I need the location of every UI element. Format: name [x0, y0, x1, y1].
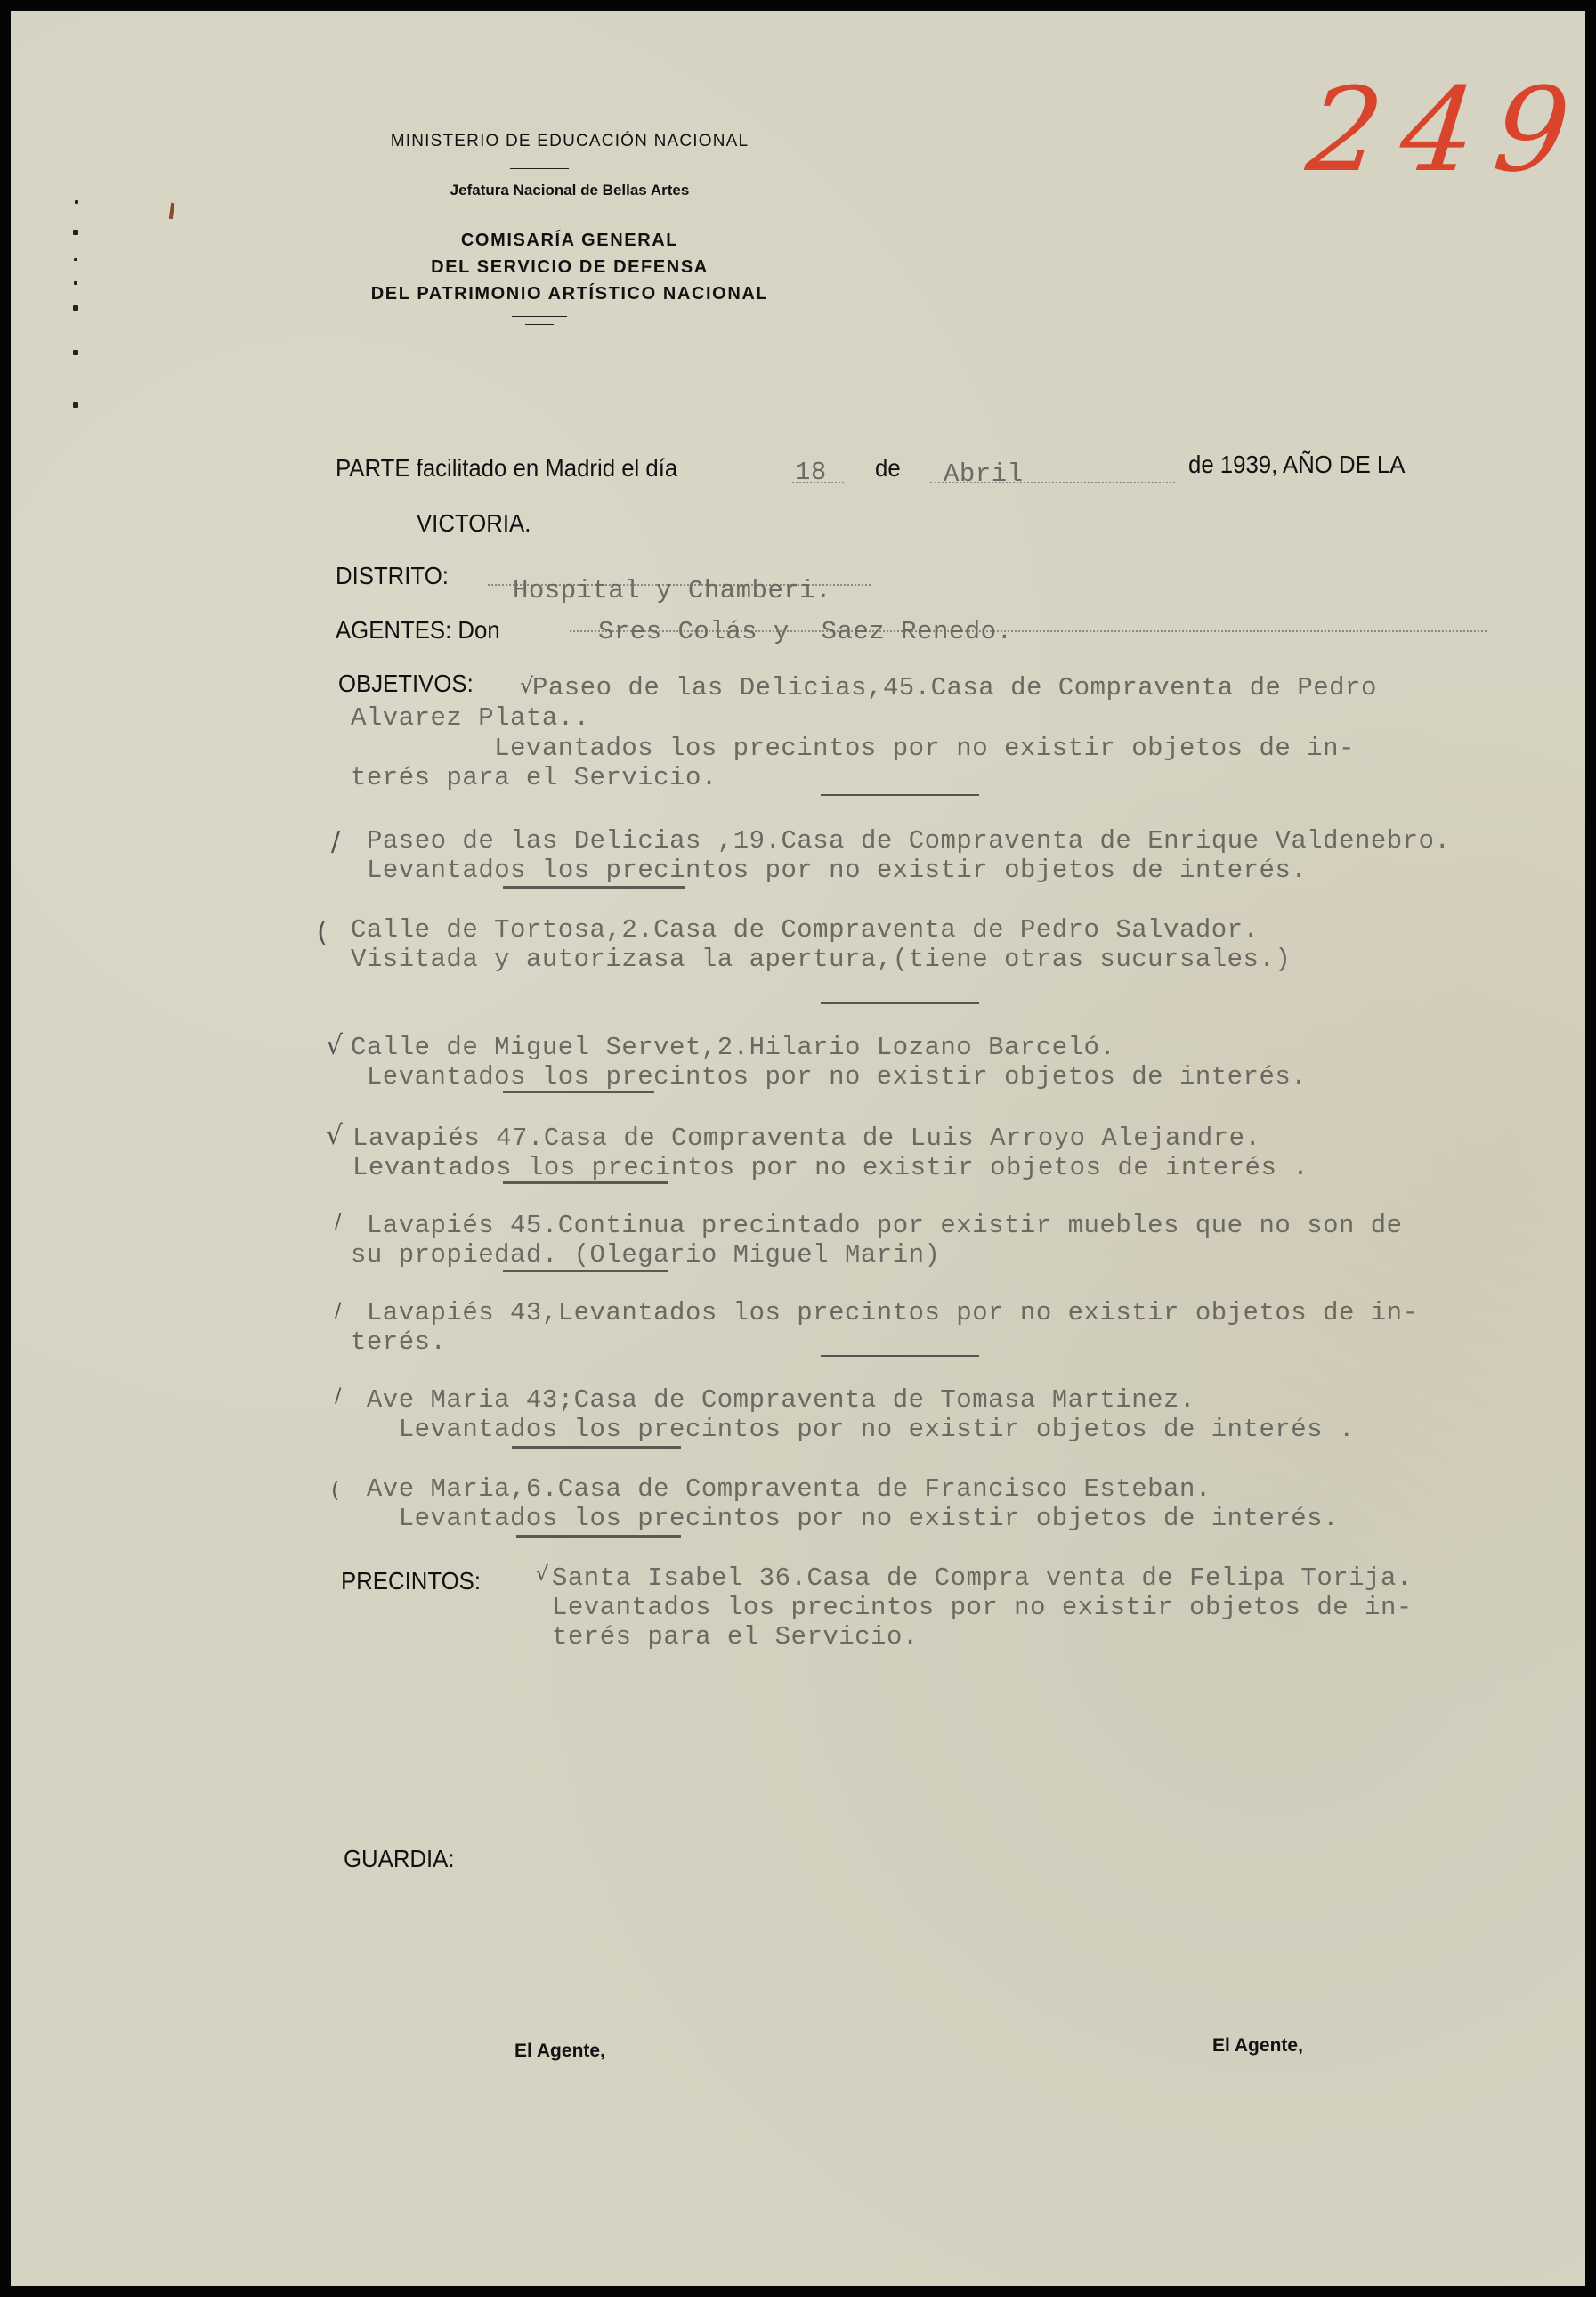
agentes-value[interactable]: Sres Colás y Saez Renedo. [598, 617, 1012, 646]
report-year-suffix: de 1939, AÑO DE LA [1188, 450, 1405, 479]
distrito-label: DISTRITO: [336, 562, 449, 590]
objetivo-entry: Ave Maria,6.Casa de Compraventa de Franc… [351, 1474, 1339, 1533]
check-mark-icon: √ [326, 1030, 343, 1061]
signature-label-left: El Agente, [514, 2041, 605, 2062]
check-mark-icon: √ [536, 1563, 548, 1586]
objetivo-entry: Paseo de las Delicias,45.Casa de Comprav… [532, 673, 1377, 702]
report-prefix: PARTE facilitado en Madrid el día [336, 454, 677, 483]
objetivos-label: OBJETIVOS: [338, 670, 474, 698]
objetivo-entry: Lavapiés 43,Levantados los precintos por… [351, 1298, 1419, 1357]
underline-mark [503, 1270, 668, 1272]
guardia-label: GUARDIA: [344, 1845, 455, 1873]
separator-line [821, 1002, 979, 1004]
underline-mark [516, 1535, 681, 1538]
check-mark-icon: / [335, 1211, 341, 1233]
divider [512, 316, 567, 317]
margin-mark [74, 258, 77, 261]
objetivo-entry-cont: Alvarez Plata.. Levantados los precintos… [351, 703, 1355, 792]
check-mark-icon: / [335, 1300, 341, 1322]
margin-mark [73, 305, 78, 311]
folio-number: 249 [1301, 62, 1595, 198]
commission-heading-1: COMISARÍA GENERAL [320, 227, 819, 254]
objetivo-entry: Lavapiés 47.Casa de Compraventa de Luis … [352, 1124, 1308, 1182]
objetivo-entry: Paseo de las Delicias ,19.Casa de Compra… [367, 826, 1450, 885]
report-month[interactable]: Abril [944, 459, 1024, 489]
underline-mark [512, 1446, 681, 1449]
underline-mark [503, 1181, 668, 1184]
divider [525, 324, 554, 325]
underline-mark [503, 1091, 654, 1093]
margin-mark [75, 200, 78, 204]
check-mark-icon: ( [331, 1478, 339, 1503]
margin-mark [73, 230, 78, 235]
precintos-label: PRECINTOS: [341, 1567, 481, 1595]
signature-label-right: El Agente, [1212, 2035, 1303, 2057]
distrito-value[interactable]: Hospital y Chamberi. [513, 576, 831, 605]
report-day[interactable]: 18 [795, 458, 827, 487]
check-mark-icon: √ [520, 673, 533, 698]
margin-mark [74, 281, 77, 285]
objetivo-entry: Lavapiés 45.Continua precintado por exis… [351, 1211, 1403, 1270]
commission-heading-3: DEL PATRIMONIO ARTÍSTICO NACIONAL [312, 280, 828, 307]
check-mark-icon: √ [326, 1120, 343, 1151]
agentes-label: AGENTES: Don [336, 616, 500, 645]
check-mark-icon: / [331, 826, 340, 857]
ministry-heading: MINISTERIO DE EDUCACIÓN NACIONAL [320, 132, 819, 151]
underline-mark [503, 886, 685, 889]
separator-line [821, 1355, 979, 1357]
margin-mark [73, 402, 78, 408]
objetivo-entry: Ave Maria 43;Casa de Compraventa de Toma… [351, 1385, 1355, 1444]
separator-line [821, 794, 979, 796]
check-mark-icon: ( [317, 917, 328, 948]
report-de-label: de [875, 454, 901, 483]
divider [511, 215, 568, 215]
objetivo-entry: Calle de Miguel Servet,2.Hilario Lozano … [351, 1033, 1307, 1092]
divider [510, 168, 569, 169]
precinto-entry: Santa Isabel 36.Casa de Compra venta de … [552, 1563, 1413, 1652]
objetivo-entry: Calle de Tortosa,2.Casa de Compraventa d… [351, 915, 1291, 974]
margin-mark [73, 350, 78, 355]
commission-heading-2: DEL SERVICIO DE DEFENSA [320, 254, 819, 280]
check-mark-icon: / [335, 1385, 341, 1408]
report-year-suffix-2: VICTORIA. [417, 509, 531, 538]
department-heading: Jefatura Nacional de Bellas Artes [320, 182, 819, 199]
